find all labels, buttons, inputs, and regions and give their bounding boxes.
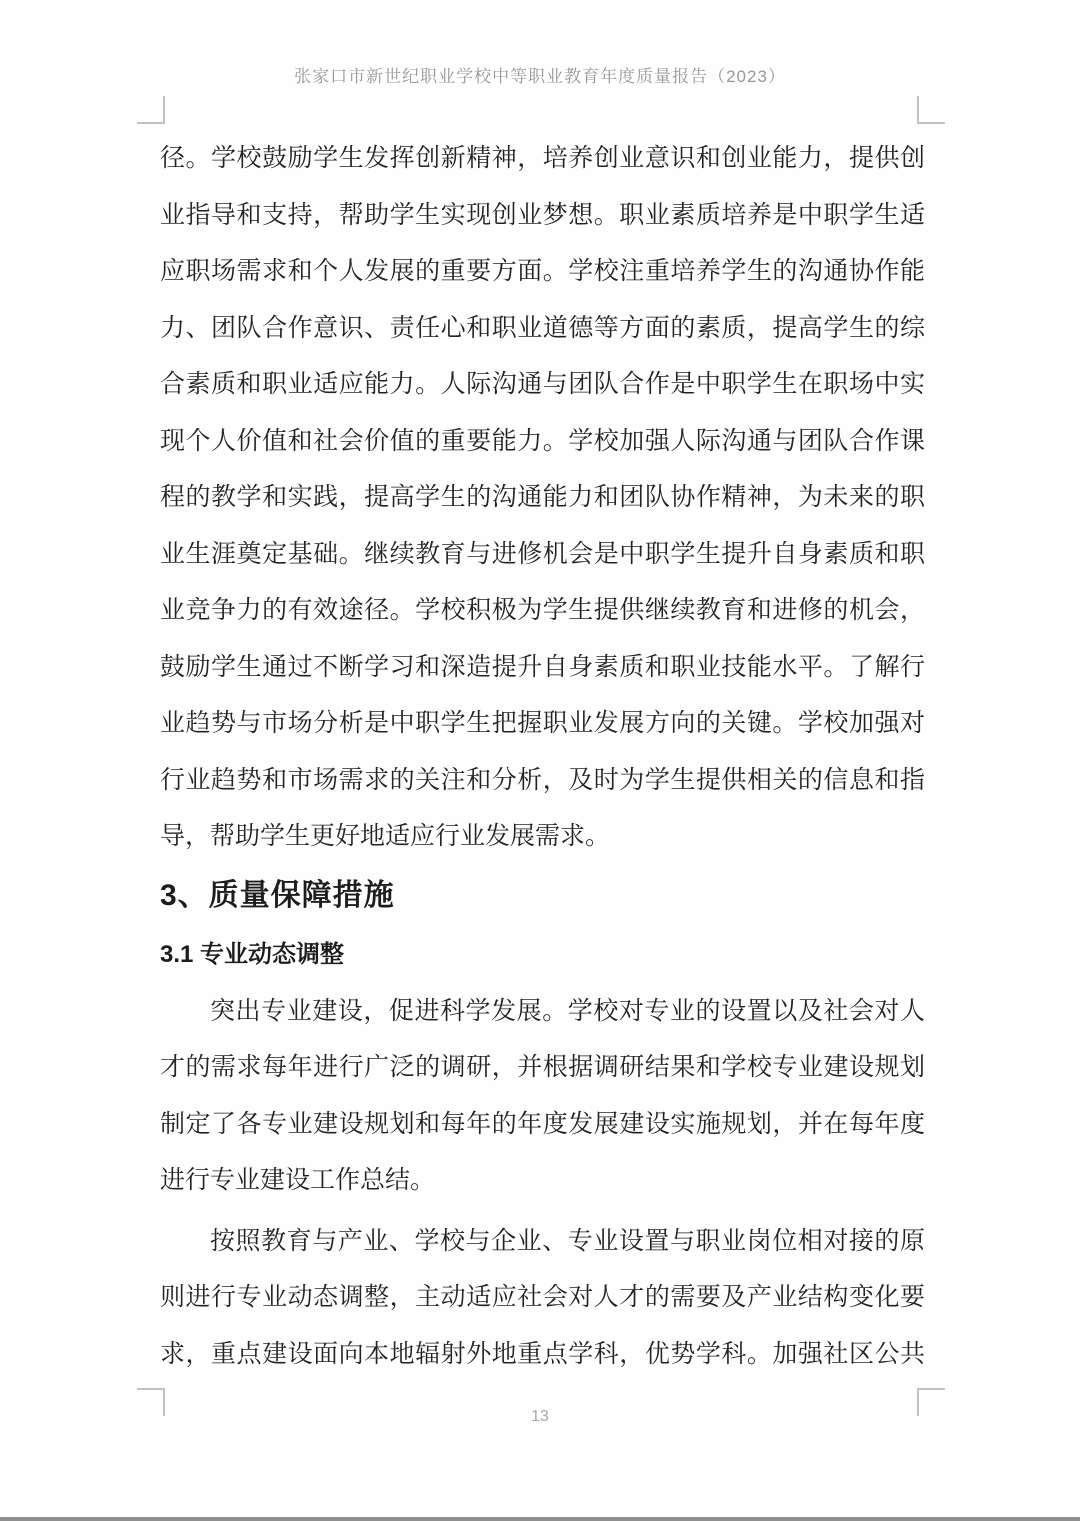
text-line: 按照教育与产业、学校与企业、专业设置与职业岗位相对接的原 <box>160 1213 925 1270</box>
subsection-heading: 3.1 专业动态调整 <box>160 937 925 973</box>
margin-corner-mark-top-left <box>137 96 165 124</box>
text-line: 制定了各专业建设规划和每年的年度发展建设实施规划，并在每年度 <box>160 1096 925 1153</box>
text-line: 合素质和职业适应能力。人际沟通与团队合作是中职学生在职场中实 <box>160 356 925 413</box>
text-line: 应职场需求和个人发展的重要方面。学校注重培养学生的沟通协作能 <box>160 243 925 300</box>
section-heading: 3、质量保障措施 <box>160 875 925 917</box>
document-header-title: 张家口市新世纪职业学校中等职业教育年度质量报告（2023） <box>0 62 1080 87</box>
document-page: 张家口市新世纪职业学校中等职业教育年度质量报告（2023） 径。学校鼓励学生发挥… <box>0 0 1080 1521</box>
text-line: 力、团队合作意识、责任心和职业道德等方面的素质，提高学生的综 <box>160 300 925 357</box>
text-line: 径。学校鼓励学生发挥创新精神，培养创业意识和创业能力，提供创 <box>160 130 925 187</box>
text-line: 业生涯奠定基础。继续教育与进修机会是中职学生提升自身素质和职 <box>160 526 925 583</box>
paragraph: 突出专业建设，促进科学发展。学校对专业的设置以及社会对人才的需求每年进行广泛的调… <box>160 983 925 1209</box>
text-line: 则进行专业动态调整，主动适应社会对人才的需要及产业结构变化要 <box>160 1269 925 1326</box>
margin-corner-mark-top-right <box>917 96 945 124</box>
text-line: 求，重点建设面向本地辐射外地重点学科，优势学科。加强社区公共 <box>160 1326 925 1383</box>
viewer-bottom-edge <box>0 1517 1080 1521</box>
text-line: 业趋势与市场分析是中职学生把握职业发展方向的关键。学校加强对 <box>160 695 925 752</box>
paragraph: 径。学校鼓励学生发挥创新精神，培养创业意识和创业能力，提供创业指导和支持，帮助学… <box>160 130 925 865</box>
text-line: 鼓励学生通过不断学习和深造提升自身素质和职业技能水平。了解行 <box>160 639 925 696</box>
document-body: 径。学校鼓励学生发挥创新精神，培养创业意识和创业能力，提供创业指导和支持，帮助学… <box>160 130 925 1382</box>
text-line: 突出专业建设，促进科学发展。学校对专业的设置以及社会对人 <box>160 983 925 1040</box>
text-line: 才的需求每年进行广泛的调研，并根据调研结果和学校专业建设规划 <box>160 1039 925 1096</box>
text-line: 进行专业建设工作总结。 <box>160 1152 925 1209</box>
text-line: 导，帮助学生更好地适应行业发展需求。 <box>160 808 925 865</box>
paragraph: 按照教育与产业、学校与企业、专业设置与职业岗位相对接的原则进行专业动态调整，主动… <box>160 1213 925 1383</box>
text-line: 现个人价值和社会价值的重要能力。学校加强人际沟通与团队合作课 <box>160 413 925 470</box>
text-line: 程的教学和实践，提高学生的沟通能力和团队协作精神，为未来的职 <box>160 469 925 526</box>
page-number: 13 <box>0 1408 1080 1426</box>
text-line: 业指导和支持，帮助学生实现创业梦想。职业素质培养是中职学生适 <box>160 187 925 244</box>
text-line: 业竞争力的有效途径。学校积极为学生提供继续教育和进修的机会， <box>160 582 925 639</box>
text-line: 行业趋势和市场需求的关注和分析，及时为学生提供相关的信息和指 <box>160 752 925 809</box>
